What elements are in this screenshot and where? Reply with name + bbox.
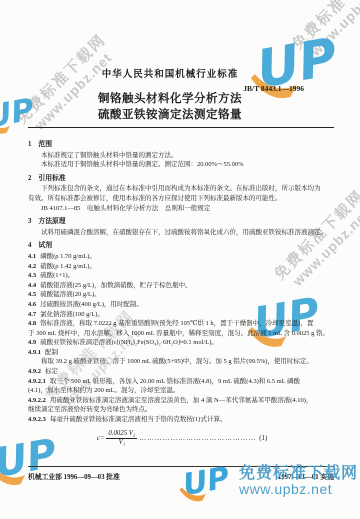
clause-4-9-2-1-cont: (4.1)，加水至体积约为 200 mL。混匀，冷却至室温。 — [28, 386, 336, 396]
section-2-heading: 2引用标准 — [28, 174, 336, 184]
clause-4-8: 4.8铬标准溶液，称取 7.0222 g 基准重铬酸钾(预先经 105℃烘 1 … — [28, 319, 336, 329]
doc-title-line-2: 硫酸亚铁铵滴定法测定铬量 — [0, 106, 340, 122]
clause-4-9-2-3: 4.9.2.3每毫升硫酸亚铁铵标准滴定溶液相当于铬的克数按(1)式计算。 — [28, 415, 336, 425]
section-1-para-1: 本标准规定了铜铬触头材料中铬量的测定方法。 — [28, 151, 336, 161]
equation-denominator: V₁ — [106, 439, 137, 447]
clause-4-4: 4.4硝酸银溶液(25 g/L)，加数滴硝酸，贮存于棕色瓶中。 — [28, 281, 336, 291]
section-2-para-2: 有效。所有标准都会被修订，使用本标准的各方应探讨使用下列标准最新版本的可能性。 — [28, 194, 336, 204]
equation-numerator: 0.0025 V₂ — [106, 430, 137, 439]
clause-4-9-1-para: 称取 39.2 g 硫酸亚铁铵，溶于 1000 mL 硫酸(5+95)中，混匀。… — [28, 357, 336, 367]
equation-lhs: c= — [97, 434, 105, 444]
clause-4-9: 4.9硫酸亚铁铵标准滴定溶液(c[(NH₄)₂Fe(SO₄)₂·6H₂O]≈0.… — [28, 338, 336, 348]
upbz-site-name: 免费标准下载网 — [239, 465, 358, 483]
section-4-heading: 4试剂 — [28, 241, 336, 251]
referenced-standard: JB 4107.1—85 电触头材料化学分析方法 总则和一般规定 — [28, 204, 336, 214]
clause-4-9-2-2: 4.9.2.2用硫酸亚铁铵标准滴定溶液滴定至溶液呈淡黄色，加 4 滴 N—苯代邻… — [28, 396, 336, 406]
section-1-heading: 1范围 — [28, 140, 336, 150]
approval-note: 机械工业部 1996—09—03 批准 — [28, 471, 120, 481]
clause-4-5: 4.5硫酸锰溶液(20 g/L)。 — [28, 290, 336, 300]
standard-class-label: 中华人民共和国机械行业标准 — [0, 66, 340, 80]
upbz-site-url: www.upbz.net — [239, 482, 358, 497]
clause-4-1: 4.1磷酸(ρ 1.70 g/mL)。 — [28, 252, 336, 262]
clause-4-9-2-2-cont: 继续滴定至溶液恰好转变为亮绿色为终点。 — [28, 405, 336, 415]
title-rule — [28, 127, 334, 128]
doc-body: 1范围 本标准规定了铜铬触头材料中铬量的测定方法。 本标准适用于铜铬触头材料中铬… — [28, 136, 336, 448]
section-1-para-2: 本标准适用于铜铬触头材料中铬量的测定。测定范围：20.00%～55.00% — [28, 160, 336, 170]
section-3-para-1: 试料用硫磷混合酸溶解，在硝酸银存在下，过硫酸铵将铬氧化成六价，用硫酸亚铁铵标准溶… — [28, 228, 336, 238]
doc-title-line-1: 铜铬触头材料化学分析方法 — [0, 90, 340, 106]
clause-4-9-2-1: 4.9.2.1取三个 500 mL 锥形瓶，各加入 20.00 mL 铬标准溶液… — [28, 377, 336, 387]
section-2-para-1: 下列标准包含的条文，通过在本标准中引用而构成为本标准的条文。在标准出版时，所示版… — [28, 184, 336, 194]
clause-4-9-1: 4.9.1配制 — [28, 348, 336, 358]
equation-number: (1) — [259, 434, 267, 444]
clause-4-6: 4.6过硫酸铵溶液(400 g/L)，用时配制。 — [28, 300, 336, 310]
clause-4-9-2: 4.9.2标定 — [28, 367, 336, 377]
clause-4-8-cont: 于 300 mL 烧杯中，用水溶解，移入 1000 mL 容量瓶中，稀释至刻度，… — [28, 329, 336, 339]
section-3-heading: 3方法原理 — [28, 217, 336, 227]
upbz-logo-letters: UP — [180, 461, 232, 504]
clause-4-3: 4.3硫酸(1+1)。 — [28, 271, 336, 281]
equation-fraction: 0.0025 V₂ V₁ — [106, 430, 137, 447]
clause-4-2: 4.2硝酸(ρ 1.42 g/mL)。 — [28, 262, 336, 272]
upbz-logo-icon: UP — [175, 452, 235, 510]
clause-4-7: 4.7氯化钠溶液(100 g/L)。 — [28, 310, 336, 320]
upbz-footer-logo: UP 免费标准下载网 www.upbz.net — [175, 452, 358, 510]
equation-1: c= 0.0025 V₂ V₁ …………………………………………………… (1) — [28, 430, 336, 448]
document-page: 免费标准下载网 www.upbz.net 免费标准下载网 www.upbz.ne… — [0, 0, 360, 519]
equation-dot-leader: …………………………………………………… — [139, 434, 257, 444]
